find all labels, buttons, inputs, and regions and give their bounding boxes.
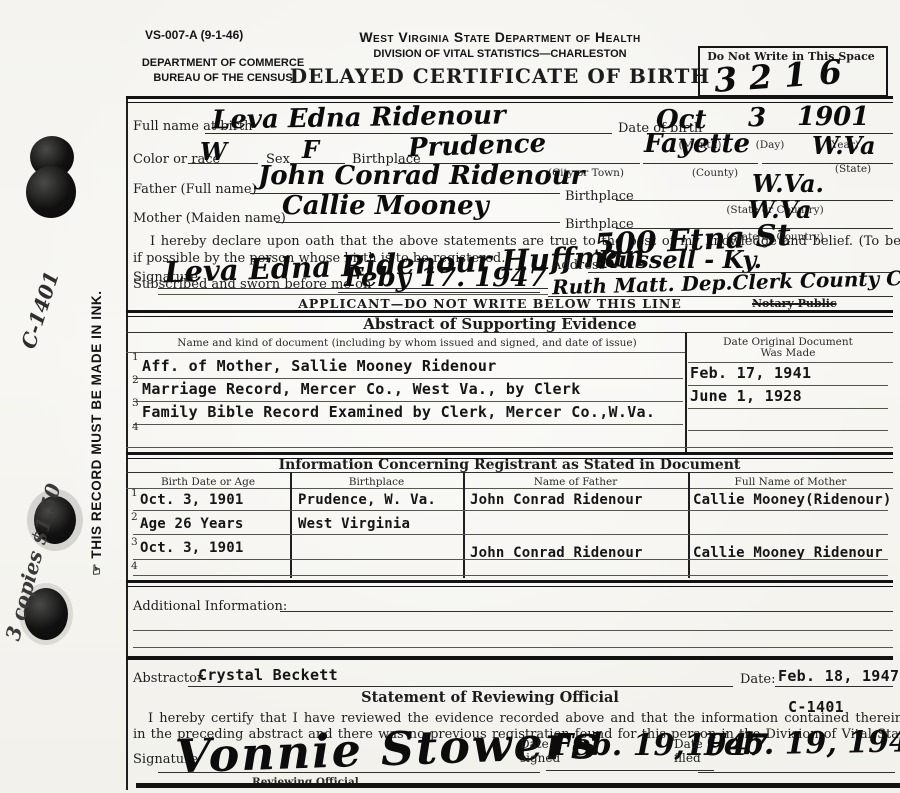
full-name-value: Leva Edna Ridenour bbox=[212, 100, 506, 135]
abstract-row-doc: Family Bible Record Examined by Clerk, M… bbox=[142, 403, 655, 421]
form-left-border bbox=[126, 96, 128, 790]
registrant-mother-value: Callie Mooney(Ridenour) bbox=[693, 492, 891, 508]
ruled-line bbox=[546, 770, 714, 771]
father-birthplace-value: W.Va. bbox=[752, 169, 824, 198]
registrant-column-header: Birthplace bbox=[290, 476, 463, 488]
ruled-line bbox=[126, 472, 893, 473]
birth-state-value: W.Va bbox=[812, 131, 876, 160]
hole-punch bbox=[26, 166, 76, 218]
ruled-line bbox=[688, 408, 888, 409]
margin-code-note: C-1401 bbox=[9, 244, 72, 375]
birth-county-value: Fayette bbox=[644, 129, 750, 159]
margin-copies-note: 3 copies $1.50 bbox=[0, 419, 82, 705]
applicant-notice: APPLICANT—DO NOT WRITE BELOW THIS LINE bbox=[170, 296, 810, 311]
abstract-row-number: 4 bbox=[132, 421, 139, 433]
ruled-line bbox=[133, 424, 683, 425]
ruled-line bbox=[126, 332, 893, 333]
abstractor-date-label: Date: bbox=[740, 672, 775, 687]
registrant-birth-value: Age 26 Years bbox=[140, 516, 244, 532]
registrant-father-value: John Conrad Ridenour bbox=[470, 492, 643, 508]
ruled-line bbox=[133, 534, 888, 535]
ruled-line bbox=[338, 292, 540, 293]
ruled-line bbox=[698, 772, 895, 773]
abstract-row-number: 1 bbox=[132, 351, 139, 363]
father-label: Father (Full name) bbox=[133, 182, 257, 197]
abstractor-date-value: Feb. 18, 1947 bbox=[778, 667, 899, 685]
abstract-date-column-header-2: Was Made bbox=[688, 347, 888, 359]
ruled-line bbox=[188, 686, 733, 687]
color-race-value: W bbox=[200, 137, 227, 166]
sex-value: F bbox=[302, 135, 319, 164]
abstract-title: Abstract of Supporting Evidence bbox=[200, 315, 800, 333]
mother-name-value: Callie Mooney bbox=[282, 191, 489, 221]
section-rule bbox=[126, 656, 893, 660]
ruled-line bbox=[133, 401, 683, 402]
abstract-row-date: Feb. 17, 1941 bbox=[690, 364, 811, 382]
abstract-row-date: June 1, 1928 bbox=[690, 387, 802, 405]
bottom-rule bbox=[136, 783, 900, 788]
ruled-line bbox=[158, 294, 548, 295]
ruled-line bbox=[276, 222, 560, 223]
registrant-column-divider bbox=[290, 472, 292, 578]
abstract-doc-column-header: Name and kind of document (including by … bbox=[133, 337, 681, 349]
abstract-row-doc: Marriage Record, Mercer Co., West Va., b… bbox=[142, 380, 581, 398]
header-rule bbox=[126, 96, 893, 103]
father-name-value: John Conrad Ridenour bbox=[258, 161, 584, 191]
abstract-row-number: 2 bbox=[132, 374, 139, 386]
section-rule bbox=[126, 580, 893, 587]
mother-label: Mother (Maiden name) bbox=[133, 211, 286, 226]
form-number: VS-007-A (9-1-46) bbox=[145, 28, 243, 42]
registrant-birth-value: Oct. 3, 1901 bbox=[140, 540, 244, 556]
registrant-birthplace-value: Prudence, W. Va. bbox=[298, 492, 436, 508]
abstract-row-number: 3 bbox=[132, 397, 139, 409]
birth-year-value: 1901 bbox=[797, 102, 869, 132]
review-title: Statement of Reviewing Official bbox=[290, 689, 690, 706]
registrant-column-divider bbox=[688, 472, 690, 578]
father-birthplace-label: Birthplace bbox=[565, 189, 634, 204]
ruled-line bbox=[133, 559, 888, 560]
ruled-line bbox=[133, 510, 888, 511]
ruled-line bbox=[688, 430, 888, 431]
registrant-row-number: 3 bbox=[131, 536, 138, 548]
ruled-line bbox=[133, 630, 893, 631]
registrant-column-header: Name of Father bbox=[463, 476, 688, 488]
registrant-row-number: 4 bbox=[131, 560, 138, 572]
margin-ink-notice: ☞ THIS RECORD MUST BE MADE IN INK. bbox=[89, 223, 105, 643]
ruled-line bbox=[775, 686, 893, 687]
ruled-line bbox=[643, 163, 758, 164]
ruled-line bbox=[126, 447, 893, 448]
ruled-line bbox=[126, 488, 893, 489]
ruled-line bbox=[126, 352, 685, 353]
registrant-birth-value: Oct. 3, 1901 bbox=[140, 492, 244, 508]
abstract-row-doc: Aff. of Mother, Sallie Mooney Ridenour bbox=[142, 357, 497, 375]
abstract-column-divider bbox=[685, 332, 687, 452]
additional-info-label: Additional Information: bbox=[133, 599, 287, 614]
registrant-column-header: Birth Date or Age bbox=[126, 476, 290, 488]
registrant-column-divider bbox=[463, 472, 465, 578]
ruled-line bbox=[158, 772, 540, 773]
registrant-title: Information Concerning Registrant as Sta… bbox=[126, 457, 893, 473]
registrant-birthplace-value: West Virginia bbox=[298, 516, 410, 532]
ruled-line bbox=[133, 378, 683, 379]
birth-day-value: 3 bbox=[748, 103, 766, 133]
abstractor-label: Abstractor bbox=[133, 671, 203, 686]
division-title: DIVISION OF VITAL STATISTICS—CHARLESTON bbox=[290, 48, 710, 60]
ruled-line bbox=[280, 611, 893, 612]
ruled-line bbox=[688, 385, 888, 386]
ruled-line bbox=[688, 362, 893, 363]
date-filed-label-line1: Date bbox=[674, 737, 703, 751]
date-signed-label-line1: Date bbox=[520, 737, 549, 751]
certificate-title: DELAYED CERTIFICATE OF BIRTH bbox=[250, 64, 750, 88]
county-sublabel: (County) bbox=[675, 167, 755, 179]
state-sublabel: (State) bbox=[818, 163, 888, 175]
sworn-date-value: Feby 17. 1947 bbox=[344, 263, 547, 293]
birth-city-value: Prudence bbox=[408, 129, 547, 164]
abstractor-name-value: Crystal Beckett bbox=[198, 666, 338, 684]
registrant-row-number: 1 bbox=[131, 487, 138, 499]
registrant-row-number: 2 bbox=[131, 511, 138, 523]
date-filed-label-line2: filed bbox=[674, 751, 701, 765]
ruled-line bbox=[188, 163, 258, 164]
scanned-birth-certificate: ☞ THIS RECORD MUST BE MADE IN INK. C-140… bbox=[0, 0, 900, 793]
department-title: West Virginia State Department of Health bbox=[290, 29, 710, 45]
registrant-column-header: Full Name of Mother bbox=[688, 476, 893, 488]
sworn-label: Subscribed and sworn before me on bbox=[133, 277, 371, 292]
ruled-line bbox=[133, 647, 893, 648]
date-filed-value: Feb. 19, 1947 bbox=[704, 724, 900, 763]
ruled-line bbox=[133, 575, 888, 576]
